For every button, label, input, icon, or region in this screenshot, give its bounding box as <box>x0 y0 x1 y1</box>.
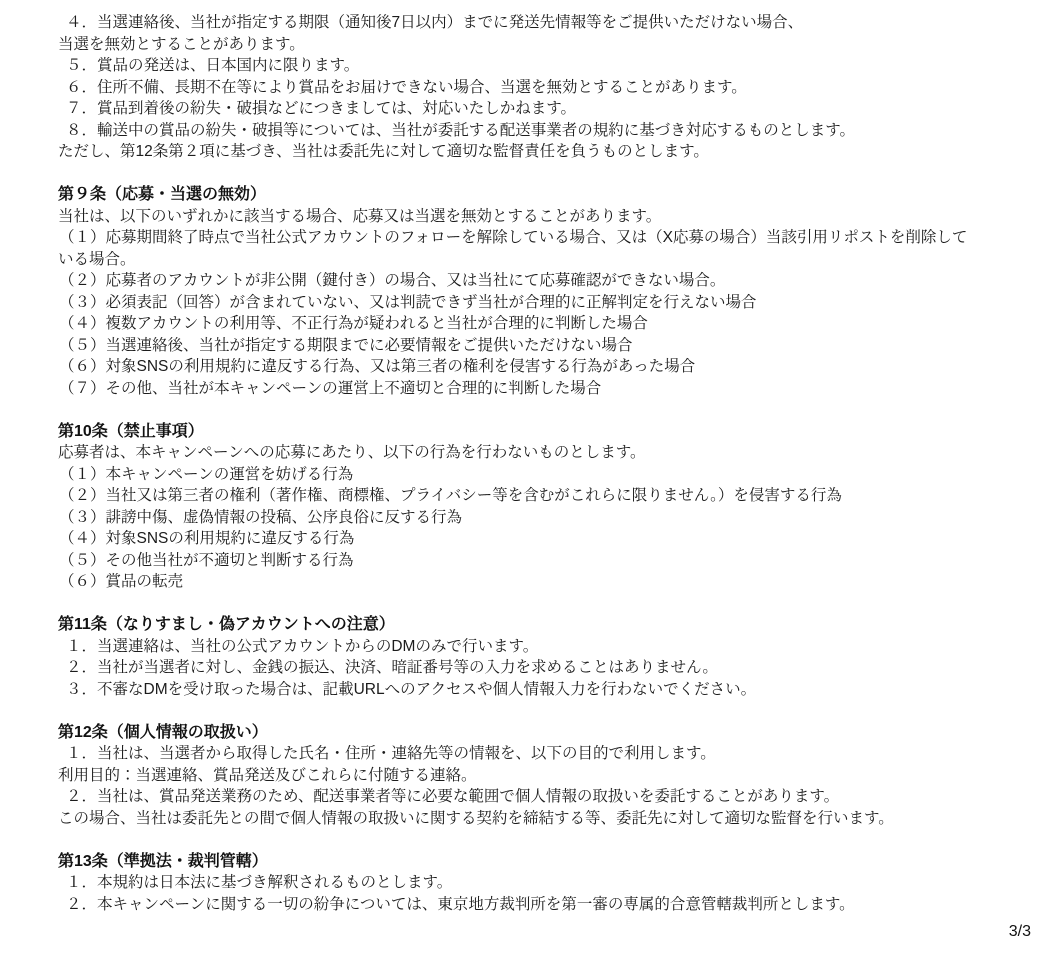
term-line: （５）当選連絡後、当社が指定する期限までに必要情報をご提供いただけない場合 <box>58 335 1041 357</box>
term-line: 当選を無効とすることがあります。 <box>58 34 1041 56</box>
term-line: （３）誹謗中傷、虚偽情報の投稿、公序良俗に反する行為 <box>58 507 1041 529</box>
term-line: （６）賞品の転売 <box>58 571 1041 593</box>
term-line: （１）本キャンペーンの運営を妨げる行為 <box>58 464 1041 486</box>
term-line: （１）応募期間終了時点で当社公式アカウントのフォローを解除している場合、又は（X… <box>58 227 1041 249</box>
term-line: ３．不審なDMを受け取った場合は、記載URLへのアクセスや個人情報入力を行わない… <box>58 679 1041 701</box>
term-line: ２．本キャンペーンに関する一切の紛争については、東京地方裁判所を第一審の専属的合… <box>58 894 1041 916</box>
article-11-heading: 第11条（なりすまし・偽アカウントへの注意） <box>58 614 1041 636</box>
page-number: 3/3 <box>1009 921 1031 943</box>
term-line: 応募者は、本キャンペーンへの応募にあたり、以下の行為を行わないものとします。 <box>58 442 1041 464</box>
article-9: 第９条（応募・当選の無効） 当社は、以下のいずれかに該当する場合、応募又は当選を… <box>58 184 1041 399</box>
term-line: （３）必須表記（回答）が含まれていない、又は判読できず当社が合理的に正解判定を行… <box>58 292 1041 314</box>
article-12-heading: 第12条（個人情報の取扱い） <box>58 722 1041 744</box>
article-11: 第11条（なりすまし・偽アカウントへの注意） １．当選連絡は、当社の公式アカウン… <box>58 614 1041 700</box>
term-line: いる場合。 <box>58 249 1041 271</box>
term-line: ２．当社は、賞品発送業務のため、配送事業者等に必要な範囲で個人情報の取扱いを委託… <box>58 786 1041 808</box>
term-line: １．本規約は日本法に基づき解釈されるものとします。 <box>58 872 1041 894</box>
term-line: ただし、第12条第２項に基づき、当社は委託先に対して適切な監督責任を負うものとし… <box>58 141 1041 163</box>
term-line: （６）対象SNSの利用規約に違反する行為、又は第三者の権利を侵害する行為があった… <box>58 356 1041 378</box>
term-line: ６．住所不備、長期不在等により賞品をお届けできない場合、当選を無効とすることがあ… <box>58 77 1041 99</box>
term-line: ４．当選連絡後、当社が指定する期限（通知後7日以内）までに発送先情報等をご提供い… <box>58 12 1041 34</box>
article-8-continuation: ４．当選連絡後、当社が指定する期限（通知後7日以内）までに発送先情報等をご提供い… <box>58 12 1041 163</box>
term-line: この場合、当社は委託先との間で個人情報の取扱いに関する契約を締結する等、委託先に… <box>58 808 1041 830</box>
term-line: １．当選連絡は、当社の公式アカウントからのDMのみで行います。 <box>58 636 1041 658</box>
article-10-heading: 第10条（禁止事項） <box>58 421 1041 443</box>
term-line: ８．輸送中の賞品の紛失・破損等については、当社が委託する配送事業者の規約に基づき… <box>58 120 1041 142</box>
term-line: （４）複数アカウントの利用等、不正行為が疑われると当社が合理的に判断した場合 <box>58 313 1041 335</box>
term-line: ７．賞品到着後の紛失・破損などにつきましては、対応いたしかねます。 <box>58 98 1041 120</box>
term-line: （４）対象SNSの利用規約に違反する行為 <box>58 528 1041 550</box>
term-line: （２）応募者のアカウントが非公開（鍵付き）の場合、又は当社にて応募確認ができない… <box>58 270 1041 292</box>
article-12: 第12条（個人情報の取扱い） １．当社は、当選者から取得した氏名・住所・連絡先等… <box>58 722 1041 830</box>
term-line: 当社は、以下のいずれかに該当する場合、応募又は当選を無効とすることがあります。 <box>58 206 1041 228</box>
article-13: 第13条（準拠法・裁判管轄） １．本規約は日本法に基づき解釈されるものとします。… <box>58 851 1041 916</box>
article-13-heading: 第13条（準拠法・裁判管轄） <box>58 851 1041 873</box>
article-9-heading: 第９条（応募・当選の無効） <box>58 184 1041 206</box>
term-line: １．当社は、当選者から取得した氏名・住所・連絡先等の情報を、以下の目的で利用しま… <box>58 743 1041 765</box>
term-line: （５）その他当社が不適切と判断する行為 <box>58 550 1041 572</box>
term-line: ２．当社が当選者に対し、金銭の振込、決済、暗証番号等の入力を求めることはありませ… <box>58 657 1041 679</box>
article-10: 第10条（禁止事項） 応募者は、本キャンペーンへの応募にあたり、以下の行為を行わ… <box>58 421 1041 593</box>
term-line: ５．賞品の発送は、日本国内に限ります。 <box>58 55 1041 77</box>
term-line: （７）その他、当社が本キャンペーンの運営上不適切と合理的に判断した場合 <box>58 378 1041 400</box>
term-line: （２）当社又は第三者の権利（著作権、商標権、プライバシー等を含むがこれらに限りま… <box>58 485 1041 507</box>
terms-document: ４．当選連絡後、当社が指定する期限（通知後7日以内）までに発送先情報等をご提供い… <box>58 12 1041 915</box>
term-line: 利用目的：当選連絡、賞品発送及びこれらに付随する連絡。 <box>58 765 1041 787</box>
